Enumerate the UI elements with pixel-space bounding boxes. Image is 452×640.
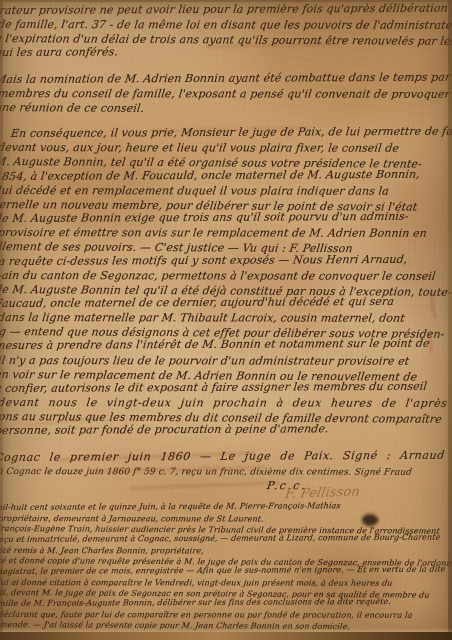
manuscript-line: trateur provisoire ne peut avoir lieu po…	[0, 2, 452, 19]
manuscript-line: de M. Auguste Bonnin exige que trois ans…	[0, 210, 452, 227]
manuscript-line: -ain du canton de Segonzac, permettons à…	[0, 269, 452, 284]
manuscript-line: été remis à M. Jean Charles Bonnin, prop…	[0, 546, 452, 557]
manuscript-line: mesures à prendre dans l'intérêt de M. B…	[0, 337, 452, 354]
manuscript-line: Faucaud, oncle maternel de ce dernier, a…	[0, 295, 452, 312]
manuscript-line: propriétaire, demeurant à Jarnouzeau, co…	[0, 514, 452, 525]
paper-edge-top	[0, 0, 452, 2]
paragraph: Cognac le premier juin 1860 — Le juge de…	[0, 451, 452, 503]
manuscript-line: une réunion de ce conseil.	[0, 101, 452, 118]
manuscript-line: magistrat, le premier de ce mois, enregi…	[0, 565, 452, 578]
manuscript-line: devant vous, aux jour, heure et lieu qu'…	[0, 141, 452, 156]
manuscript-line: -mille de M. François-Auguste Bonnin, dé…	[0, 596, 452, 609]
manuscript-line: membres du conseil de famille, l'exposan…	[0, 87, 452, 102]
paragraph: En conséquence, il vous prie, Monsieur l…	[0, 127, 452, 438]
manuscript-line: lui décédé et en remplacement duquel il …	[0, 184, 452, 199]
manuscript-line: mil-huit cent soixante et le quinze Juin…	[0, 501, 452, 514]
manuscript-line: devant nous le vingt-deux juin prochain …	[0, 396, 452, 411]
manuscript-line: à confier, autorisons le dit exposant à …	[0, 379, 452, 396]
manuscript-line: dans la ligne maternelle par M. Thibault…	[0, 311, 452, 326]
manuscript-line: personne, soit par fondé de procuration …	[0, 422, 452, 439]
manuscript-line: à Cognac le douze juin 1860 f° 59 c. 7, …	[0, 465, 452, 480]
manuscript-page: trateur provisoire ne peut avoir lieu po…	[0, 0, 452, 640]
manuscript-line: lui ai donné citation à comparaître le V…	[0, 578, 452, 589]
paragraph: Mais la nomination de M. Adrien Bonnin a…	[0, 73, 452, 115]
manuscript-line: qui les aura conférés.	[0, 44, 452, 61]
paper-edge-left	[0, 0, 3, 640]
paragraph: trateur provisoire ne peut avoir lieu po…	[0, 4, 452, 61]
manuscript-line: reçu et immatriculé, demeurant à Cognac,…	[0, 533, 452, 546]
manuscript-line: il n'y a pas toujours lieu de le pourvoi…	[0, 354, 452, 369]
manuscript-line: Mais la nomination de M. Adrien Bonnin a…	[0, 70, 452, 87]
manuscript-line: de famille, l'art. 37 - de la même loi e…	[0, 18, 452, 33]
manuscript-line: déclarant que, faute par lui de comparaî…	[0, 610, 452, 621]
manuscript-line: 1854, à l'exception de M. Foucauld, oncl…	[0, 167, 452, 184]
manuscript-line: Cognac le premier juin 1860 — Le juge de…	[0, 448, 452, 465]
manuscript-line: la requête ci-dessus les motifs qui y so…	[0, 252, 452, 269]
paper-edge-right	[448, 0, 452, 640]
manuscript-line: provisoire et émettre son avis sur le re…	[0, 226, 452, 241]
section-signification: mil-huit cent soixante et le quinze Juin…	[0, 503, 452, 631]
paper-edge-bottom	[0, 632, 452, 640]
section-petition: trateur provisoire ne peut avoir lieu po…	[0, 4, 452, 514]
manuscript-line: En conséquence, il vous prie, Monsieur l…	[10, 125, 452, 141]
